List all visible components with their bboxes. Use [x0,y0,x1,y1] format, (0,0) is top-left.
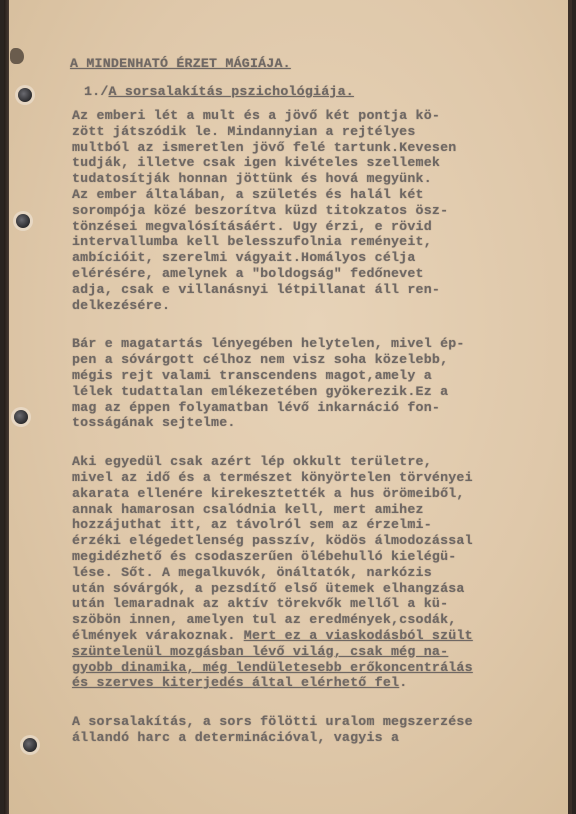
text-line: szöbön innen, amelyen tul az eredmények,… [72,612,576,628]
text-line: multból az ismeretlen jövő felé tartunk.… [72,140,576,156]
punch-hole-icon [18,88,32,102]
text-line: intervallumba kell belesszufolnia remény… [72,234,576,250]
text-line: pen a sóvárgott célhoz nem visz soha köz… [72,352,576,368]
text-line: után lemaradnak az aktív törekvők mellől… [72,596,576,612]
text-line: Az emberi lét a mult és a jövő két pontj… [72,108,576,124]
text-line: tudják, illetve csak igen kivételes szel… [72,155,576,171]
text-line: mag az éppen folyamatban lévő inkarnáció… [72,400,576,416]
text-line: lélek tudattalan emlékezetében gyökerezi… [72,384,576,400]
plain-text: . [399,675,407,690]
text-line: annak hamarosan csalódnia kell, mert ami… [72,502,576,518]
text-line: ambícióit, szerelmi vágyait.Homályos cél… [72,250,576,266]
paper-tear [10,48,24,64]
underlined-line: gyobb dinamika, még lendületesebb erőkon… [72,660,576,676]
text-line-mixed: élmények várakoznak. Mert ez a viaskodás… [72,628,576,644]
text-line: hozzájuthat itt, az távolról sem az érze… [72,517,576,533]
text-line: delkezésére. [72,298,576,314]
text-line-mixed: és szerves kiterjedés által elérhető fel… [72,675,576,691]
typewritten-page: A MINDENHATÓ ÉRZET MÁGIÁJA. 1./A sorsala… [4,0,572,814]
punch-hole-icon [14,410,28,424]
text-line: akarata ellenére kirekesztették a hus ör… [72,486,576,502]
underlined-text: és szerves kiterjedés által elérhető fel [72,675,399,690]
plain-text: élmények várakoznak. [72,628,244,643]
text-line: tönzései megvalósításáért. Ugy érzi, e r… [72,219,576,235]
text-line: Aki egyedül csak azért lép okkult terüle… [72,454,576,470]
text-line: A sorsalakítás, a sors fölötti uralom me… [72,714,576,730]
paragraph-2: Bár e magatartás lényegében helytelen, m… [72,336,576,431]
paragraph-3: Aki egyedül csak azért lép okkult terüle… [72,454,576,691]
paragraph-1: Az emberi lét a mult és a jövő két pontj… [72,108,576,313]
underlined-line: szüntelenül mozgásban lévő világ, csak m… [72,644,576,660]
punch-hole-icon [16,214,30,228]
text-line: Bár e magatartás lényegében helytelen, m… [72,336,576,352]
text-line: adja, csak e villanásnyi létpillanat áll… [72,282,576,298]
section-title: A sorsalakítás pszichológiája. [109,84,354,99]
underlined-text: Mert ez a viaskodásból szült [244,628,473,643]
document-title: A MINDENHATÓ ÉRZET MÁGIÁJA. [70,56,576,72]
section-number: 1./ [84,84,109,99]
text-line: lése. Sőt. A megalkuvók, önáltatók, nark… [72,565,576,581]
text-line: megidézhető és csodaszerűen ölébehulló k… [72,549,576,565]
text-line: zött játszódik le. Mindannyian a rejtély… [72,124,576,140]
text-line: mivel az idő és a természet könyörtelen … [72,470,576,486]
text-line: érzéki elégedetlenség passzív, ködös álm… [72,533,576,549]
text-line: állandó harc a determinációval, vagyis a [72,730,576,746]
document-body: A MINDENHATÓ ÉRZET MÁGIÁJA. 1./A sorsala… [72,56,576,746]
paragraph-4: A sorsalakítás, a sors fölötti uralom me… [72,714,576,746]
text-line: tosságának sejtelme. [72,415,576,431]
text-line: Az ember általában, a születés és halál … [72,187,576,203]
binding-spine [4,0,9,814]
text-line: sorompója közé beszorítva küzd titokzato… [72,203,576,219]
text-line: elérésére, amelynek a "boldogság" fedőne… [72,266,576,282]
text-line: mégis rejt valami transcendens magot,ame… [72,368,576,384]
section-heading: 1./A sorsalakítás pszichológiája. [84,84,576,100]
text-line: tudatosítják honnan jöttünk és hová megy… [72,171,576,187]
text-line: után sóvárgók, a pezsdítő első ütemek el… [72,581,576,597]
punch-hole-icon [23,738,37,752]
